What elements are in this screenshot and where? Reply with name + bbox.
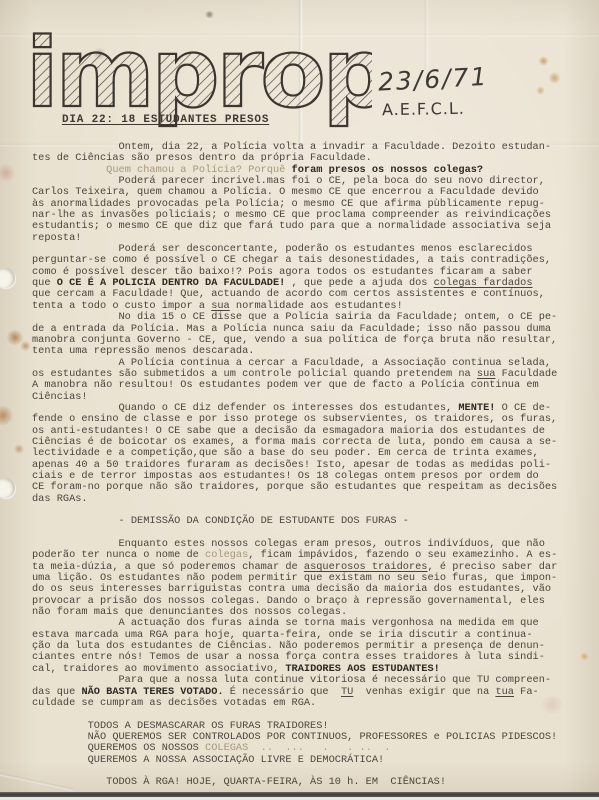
punch-hole	[0, 268, 15, 288]
stain	[0, 406, 14, 425]
text-line: No dia 15 o CE disse que a Polícia sairi…	[32, 312, 594, 323]
text-line: culdade se cumpram as decisões votadas e…	[32, 698, 594, 709]
text-line: estudantis; o mesmo CE que diz que fará …	[32, 221, 594, 232]
text-line: - DEMISSÃO DA CONDIÇÃO DE ESTUDANTE DOS …	[32, 516, 594, 527]
text-line: CE foram-no porque não são traidores, po…	[32, 482, 594, 493]
stain	[538, 56, 549, 66]
text-line: fende o ensino de classe e por isso prot…	[32, 414, 594, 425]
text-line: QUEREMOS A NOSSA ASSOCIAÇÃO LIVRE E DEMO…	[32, 755, 594, 766]
scanned-leaflet: improp 23/6/71 A.E.F.C.L. DIA 22: 18 EST…	[0, 0, 599, 800]
text-line: QUEREMOS OS NOSSOS COLEGAS .. ... . . ..…	[32, 743, 594, 754]
stain	[536, 86, 545, 95]
handwritten-org: A.E.F.C.L.	[382, 98, 522, 119]
logo-text: improp	[26, 19, 372, 129]
page-title: DIA 22: 18 ESTUDANTES PRESOS	[62, 114, 269, 126]
stain	[20, 341, 31, 351]
text-line: das RGAs.	[32, 494, 594, 505]
text-line: TODOS À RGA! HOJE, QUARTA-FEIRA, ÀS 10 h…	[32, 777, 594, 788]
document-body: Ontem, dia 22, a Polícia volta a invadir…	[32, 142, 594, 789]
text-line: tenta uma repressão menos descarada.	[32, 346, 594, 357]
text-line: lectividade e a competição,que são a bas…	[32, 448, 594, 459]
stain	[0, 164, 16, 182]
text-line	[32, 709, 594, 720]
stain	[548, 72, 561, 84]
handwritten-date: 23/6/71	[377, 60, 518, 96]
paper-sheet: improp 23/6/71 A.E.F.C.L. DIA 22: 18 EST…	[0, 0, 599, 792]
stain	[14, 444, 24, 454]
punch-hole	[0, 478, 15, 498]
text-line: A manobra não resultou! Os estudantes po…	[32, 380, 594, 391]
